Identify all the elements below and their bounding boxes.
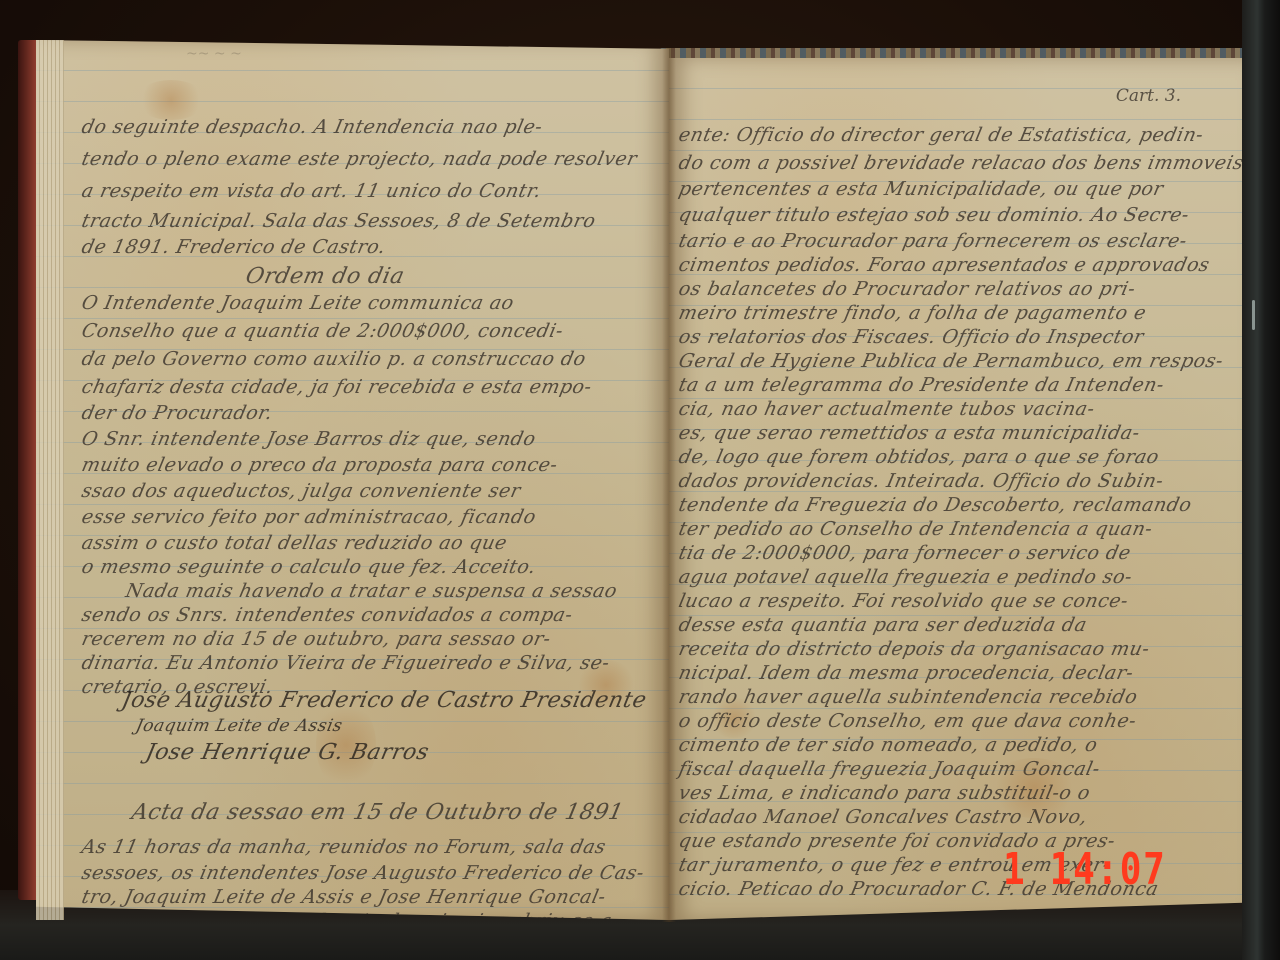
handwritten-line: de 1891. Frederico de Castro.	[80, 236, 388, 258]
handwritten-line: Nada mais havendo a tratar e suspensa a …	[124, 580, 620, 602]
handwritten-line: tendente da Freguezia do Descoberto, rec…	[677, 494, 1194, 516]
handwritten-line: de, logo que forem obtidos, para o que s…	[677, 446, 1162, 468]
handwritten-line: do com a possivel brevidade relacao dos …	[677, 152, 1243, 174]
right-page: Cart. 3. ente: Officio do director geral…	[669, 58, 1243, 920]
left-page: ~~ ~ ~ do seguinte despacho. A Intendenc…	[36, 40, 669, 920]
handwritten-line: As 11 horas da manha, reunidos no Forum,…	[80, 836, 608, 858]
page-number: Cart. 3.	[1116, 86, 1181, 106]
handwritten-line: nicipal. Idem da mesma procedencia, decl…	[677, 662, 1136, 684]
handwritten-line: O Snr. intendente Jose Barros diz que, s…	[80, 428, 538, 450]
page-stack-edge	[36, 40, 64, 920]
handwritten-line: esse servico feito por administracao, fi…	[80, 506, 539, 528]
signature: Joaquim Leite de Assis	[134, 716, 345, 736]
handwritten-line: o mesmo seguinte o calculo que fez. Acce…	[80, 556, 538, 578]
handwritten-line: pertencentes a esta Municipalidade, ou q…	[677, 178, 1166, 200]
handwritten-line: os balancetes do Procurador relativos ao…	[677, 278, 1138, 300]
handwritten-line: tia de 2:000$000, para fornecer o servic…	[677, 542, 1133, 564]
handwritten-line: a respeito em vista do art. 11 unico do …	[80, 180, 544, 202]
handwritten-line: sessoes, os intendentes Jose Augusto Fre…	[80, 862, 647, 884]
handwritten-line: recerem no dia 15 de outubro, para sessa…	[80, 628, 553, 650]
handwritten-line: der do Procurador.	[80, 402, 275, 424]
handwritten-line: sendo os Snrs. intendentes convidados a …	[80, 604, 575, 626]
handwritten-line: rando haver aquella subintendencia receb…	[677, 686, 1140, 708]
handwritten-line: ter pedido ao Conselho de Intendencia a …	[677, 518, 1155, 540]
glass-reflection	[1252, 300, 1255, 330]
handwritten-line: dados providencias. Inteirada. Officio d…	[677, 470, 1166, 492]
handwritten-line: Geral de Hygiene Publica de Pernambuco, …	[677, 350, 1226, 372]
handwritten-line: meiro trimestre findo, a folha de pagame…	[677, 302, 1149, 324]
handwritten-line: o officio deste Conselho, em que dava co…	[677, 710, 1139, 732]
handwritten-line: tendo o pleno exame este projecto, nada …	[80, 148, 640, 170]
handwritten-line: os relatorios dos Fiscaes. Officio do In…	[677, 326, 1146, 348]
handwritten-line: receita do districto depois da organisac…	[677, 638, 1152, 660]
handwritten-line: ta a um telegramma do Presidente da Inte…	[677, 374, 1167, 396]
section-heading: Ordem do dia	[243, 264, 406, 289]
signature: Jose Henrique G. Barros	[143, 740, 431, 765]
handwritten-line: muito elevado o preco da proposta para c…	[80, 454, 560, 476]
signature-president: Jose Augusto Frederico de Castro Preside…	[119, 688, 649, 713]
handwritten-line: ssao dos aqueductos, julga conveniente s…	[80, 480, 523, 502]
faint-pencil-mark: ~~ ~ ~	[186, 46, 242, 62]
handwritten-line: cimento de ter sido nomeado, a pedido, o	[677, 734, 1100, 756]
minutes-heading: Acta da sessao em 15 de Outubro de 1891	[129, 800, 626, 825]
handwritten-line: O Intendente Joaquim Leite communica ao	[80, 292, 516, 314]
handwritten-line: da pelo Governo como auxilio p. a constr…	[80, 348, 588, 370]
handwritten-line: desse esta quantia para ser deduzida da	[677, 614, 1089, 636]
camera-timestamp-overlay: 1 14:07	[1003, 848, 1167, 892]
handwritten-line: cidadao Manoel Goncalves Castro Novo,	[677, 806, 1090, 828]
handwritten-line: fiscal daquella freguezia Joaquim Goncal…	[677, 758, 1102, 780]
handwritten-line: chafariz desta cidade, ja foi recebida e…	[80, 376, 594, 398]
handwritten-line: assim o custo total dellas reduzido ao q…	[80, 532, 510, 554]
handwritten-line: lucao a respeito. Foi resolvido que se c…	[677, 590, 1131, 612]
book-spine-gutter	[662, 48, 676, 922]
handwritten-line: Conselho que a quantia de 2:000$000, con…	[80, 320, 566, 342]
handwritten-line: cimentos pedidos. Forao apresentados e a…	[677, 254, 1212, 276]
handwritten-line: ente: Officio do director geral de Estat…	[677, 124, 1206, 146]
handwritten-line: do seguinte despacho. A Intendencia nao …	[80, 116, 545, 138]
handwritten-line: es, que serao remettidos a esta municipa…	[677, 422, 1142, 444]
handwritten-line: ves Lima, e indicando para substituil-o …	[677, 782, 1093, 804]
handwritten-line: tario e ao Procurador para fornecerem os…	[677, 230, 1189, 252]
photograph: ~~ ~ ~ do seguinte despacho. A Intendenc…	[0, 0, 1280, 960]
handwritten-line: cia, nao haver actualmente tubos vacina-	[677, 398, 1097, 420]
handwritten-line: qualquer titulo estejao sob seu dominio.…	[677, 204, 1192, 226]
display-case-frame	[1242, 0, 1280, 960]
paper-stain	[136, 80, 206, 120]
handwritten-line: dinaria. Eu Antonio Vieira de Figueiredo…	[80, 652, 612, 674]
handwritten-line: tro, Joaquim Leite de Assis e Jose Henri…	[80, 886, 608, 908]
handwritten-line: tracto Municipal. Sala das Sessoes, 8 de…	[80, 210, 598, 232]
handwritten-line: agua potavel aquella freguezia e pedindo…	[677, 566, 1135, 588]
